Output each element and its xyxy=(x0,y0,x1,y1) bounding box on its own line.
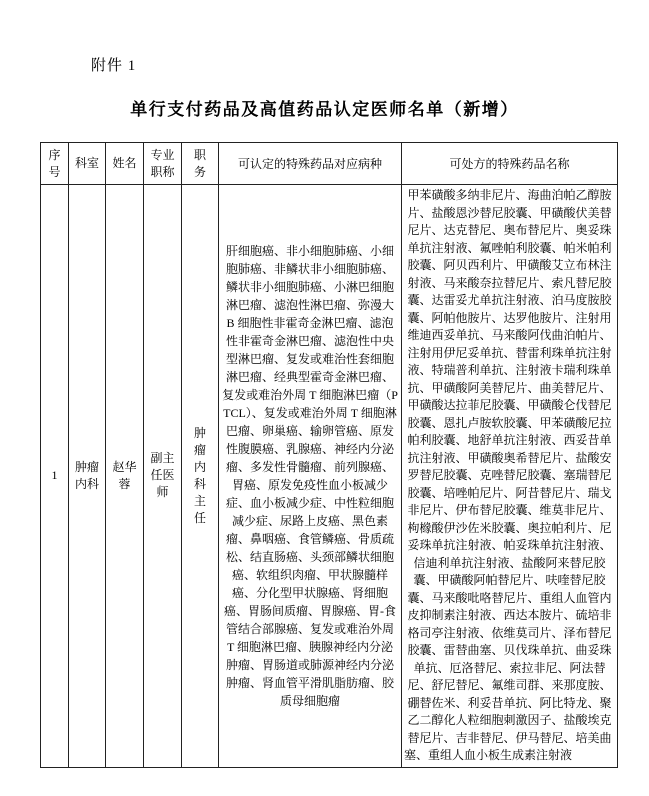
header-diseases-label: 可认定的特殊药品对应病种 xyxy=(238,157,382,171)
physician-roster-table: 序号 科室 姓名 专业职称 职务 可认定的特殊药品对应病种 可处 xyxy=(40,142,618,768)
department-value: 肿瘤内科 xyxy=(75,459,99,493)
header-drugs: 可处方的特殊药品名称 xyxy=(402,143,618,185)
position-value: 肿瘤内科主任 xyxy=(194,425,206,527)
header-diseases: 可认定的特殊药品对应病种 xyxy=(219,143,402,185)
header-professional-title: 专业职称 xyxy=(144,143,182,185)
cell-drugs: 甲苯磺酸多纳非尼片、海曲泊帕乙醇胺片、盐酸恩沙替尼胶囊、甲磺酸伏美替尼片、达克替… xyxy=(402,185,618,768)
drugs-text: 甲苯磺酸多纳非尼片、海曲泊帕乙醇胺片、盐酸恩沙替尼胶囊、甲磺酸伏美替尼片、达克替… xyxy=(404,188,612,762)
header-department: 科室 xyxy=(69,143,106,185)
header-name: 姓名 xyxy=(106,143,144,185)
document-page: 附件 1 单行支付药品及高值药品认定医师名单（新增） 序号 科室 姓名 xyxy=(0,0,649,796)
cell-professional-title: 副主任医师 xyxy=(144,185,182,768)
header-name-label: 姓名 xyxy=(112,155,136,172)
header-drugs-label: 可处方的特殊药品名称 xyxy=(449,157,569,171)
physician-name: 赵华蓉 xyxy=(113,459,137,493)
cell-department: 肿瘤内科 xyxy=(69,185,106,768)
header-index-label: 序号 xyxy=(49,147,61,181)
header-department-label: 科室 xyxy=(75,155,99,172)
header-index: 序号 xyxy=(41,143,69,185)
attachment-label: 附件 1 xyxy=(91,0,649,75)
cell-position: 肿瘤内科主任 xyxy=(182,185,219,768)
diseases-text: 肝细胞癌、非小细胞肺癌、小细胞肺癌、非鳞状非小细胞肺癌、鳞状非小细胞肺癌、小淋巴… xyxy=(222,244,398,708)
table-header-row: 序号 科室 姓名 专业职称 职务 可认定的特殊药品对应病种 可处 xyxy=(41,143,618,185)
header-professional-title-label: 专业职称 xyxy=(151,147,175,181)
table-row: 1 肿瘤内科 赵华蓉 副主任医师 肿瘤内科主任 肝细胞癌、非小细胞肺癌、小细胞肺… xyxy=(41,185,618,768)
row-index: 1 xyxy=(52,468,58,482)
cell-index: 1 xyxy=(41,185,69,768)
cell-diseases: 肝细胞癌、非小细胞肺癌、小细胞肺癌、非鳞状非小细胞肺癌、鳞状非小细胞肺癌、小淋巴… xyxy=(219,185,402,768)
header-position: 职务 xyxy=(182,143,219,185)
header-position-label: 职务 xyxy=(194,147,206,181)
professional-title-value: 副主任医师 xyxy=(151,450,175,501)
cell-name: 赵华蓉 xyxy=(106,185,144,768)
document-title: 单行支付药品及高值药品认定医师名单（新增） xyxy=(0,95,649,120)
